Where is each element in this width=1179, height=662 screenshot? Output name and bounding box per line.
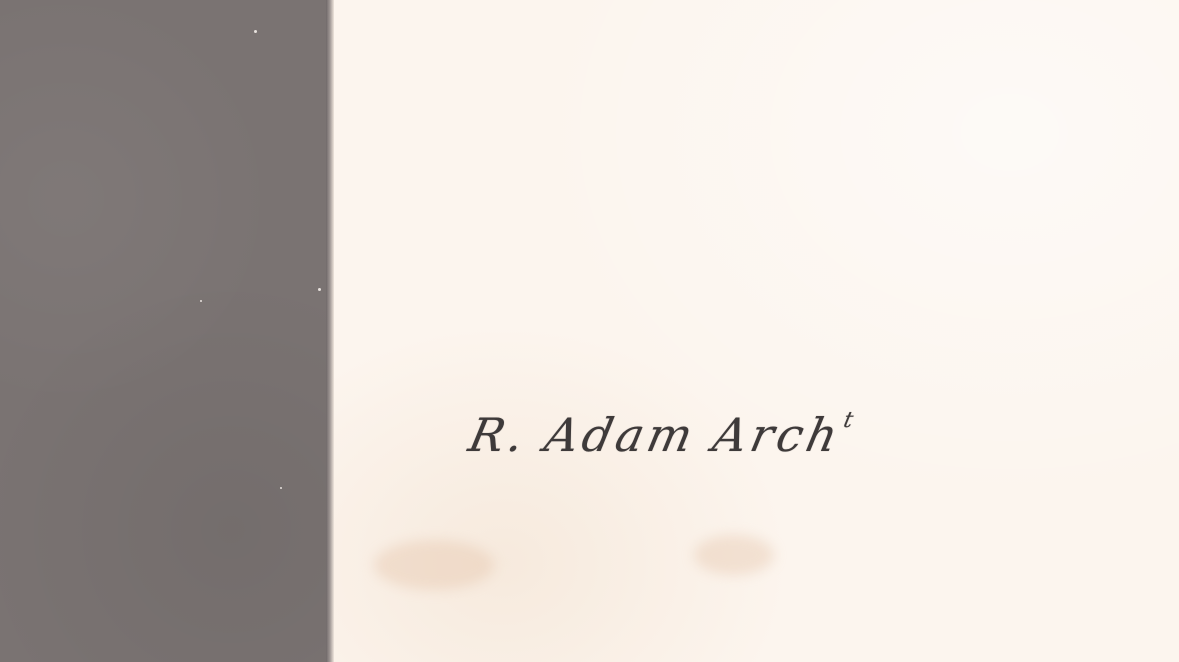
engraver-signature: R. Adam Archt xyxy=(464,408,855,462)
dust-speck xyxy=(318,288,321,291)
dust-speck xyxy=(200,300,202,302)
dark-mount-board xyxy=(0,0,330,662)
foxing-stain xyxy=(694,535,774,575)
dust-speck xyxy=(254,30,257,33)
print-paper xyxy=(334,0,1179,662)
signature-text: R. Adam Arch xyxy=(464,408,846,462)
mount-edge xyxy=(326,0,334,662)
dust-speck xyxy=(280,487,282,489)
foxing-stain xyxy=(374,540,494,590)
